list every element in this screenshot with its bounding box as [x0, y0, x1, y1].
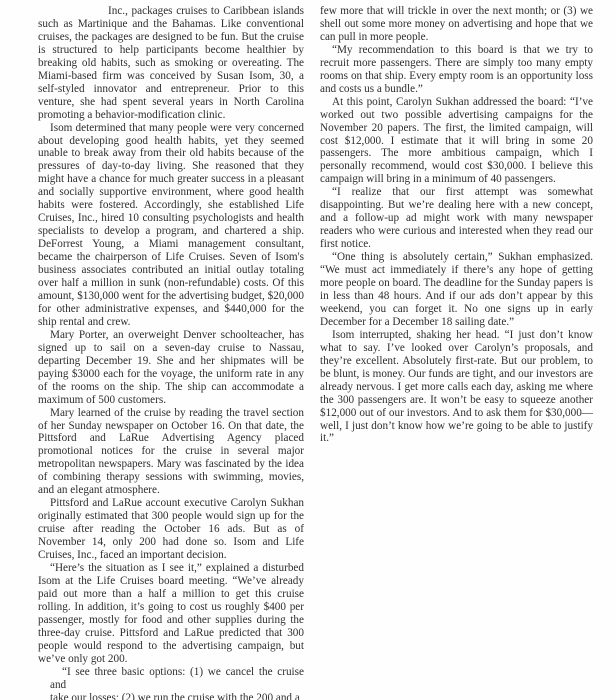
- paragraph: Inc., packages cruises to Caribbean isla…: [38, 5, 304, 122]
- paragraph: Pittsford and LaRue account executive Ca…: [38, 497, 304, 562]
- paragraph: At this point, Carolyn Sukhan addressed …: [320, 96, 593, 187]
- paragraph: “I realize that our first attempt was so…: [320, 186, 593, 251]
- paragraph: Isom interrupted, shaking her head. “I j…: [320, 329, 593, 446]
- document-page: Inc., packages cruises to Caribbean isla…: [0, 0, 615, 700]
- paragraph-continuation: take our losses; (2) we run the cruise w…: [38, 692, 304, 700]
- paragraph: “One thing is absolutely certain,” Sukha…: [320, 251, 593, 329]
- paragraph: Isom determined that many people were ve…: [38, 122, 304, 329]
- left-column: Inc., packages cruises to Caribbean isla…: [38, 5, 304, 700]
- paragraph: Mary learned of the cruise by reading th…: [38, 407, 304, 498]
- paragraph: “I see three basic options: (1) we cance…: [38, 666, 304, 692]
- right-column: few more that will trickle in over the n…: [320, 5, 593, 445]
- paragraph: Mary Porter, an overweight Denver school…: [38, 329, 304, 407]
- paragraph: “Here’s the situation as I see it,” expl…: [38, 562, 304, 666]
- paragraph-continuation: few more that will trickle in over the n…: [320, 5, 593, 44]
- paragraph: “My recommendation to this board is that…: [320, 44, 593, 96]
